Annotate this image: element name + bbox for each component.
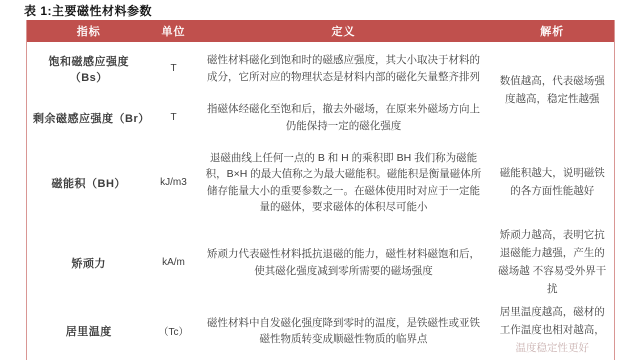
analysis-cell-merged: 数值越高，代表磁场强度越高，稳定性越强 (491, 42, 615, 140)
report-page: 表 1:主要磁性材料参数 指标 单位 定义 解析 饱和磁感应强度（Bs） T 磁… (0, 0, 640, 360)
indicator-cell: 磁能积（BH） (27, 140, 151, 225)
table-row-curie: 居里温度 （Tc） 磁性材料中自发磁化强度降到零时的温度，是铁磁性或亚铁磁性物质… (27, 300, 615, 360)
table-row-bs: 饱和磁感应强度（Bs） T 磁性材料磁化到饱和时的磁感应强度，其大小取决于材料的… (27, 42, 615, 95)
unit-cell: T (151, 95, 197, 140)
analysis-text: 居里温度越高，磁材的工作温度也相对越高， (500, 306, 605, 336)
unit-cell: （Tc） (151, 300, 197, 360)
definition-cell: 磁性材料磁化到饱和时的磁感应强度，其大小取决于材料的成分，它所对应的物理状态是材… (197, 42, 491, 95)
analysis-cell: 矫顽力越高，表明它抗退磁能力越强，产生的磁场越 不容易受外界干扰 (491, 225, 615, 300)
table-row-coercivity: 矫顽力 kA/m 矫顽力代表磁性材料抵抗退磁的能力，磁性材料磁饱和后，使其磁化强… (27, 225, 615, 300)
header-row: 指标 单位 定义 解析 (27, 20, 615, 42)
indicator-cell: 剩余磁感应强度（Br） (27, 95, 151, 140)
parameters-table: 指标 单位 定义 解析 饱和磁感应强度（Bs） T 磁性材料磁化到饱和时的磁感应… (26, 20, 615, 360)
unit-cell: T (151, 42, 197, 95)
col-header-definition: 定义 (197, 20, 491, 42)
page-title: 表 1:主要磁性材料参数 (24, 2, 152, 19)
indicator-cell: 饱和磁感应强度（Bs） (27, 42, 151, 95)
table-row-bh: 磁能积（BH） kJ/m3 退磁曲线上任何一点的 B 和 H 的乘积即 BH 我… (27, 140, 615, 225)
analysis-cell: 居里温度越高，磁材的工作温度也相对越高，温度稳定性更好 (491, 300, 615, 360)
definition-cell: 退磁曲线上任何一点的 B 和 H 的乘积即 BH 我们称为磁能积，B×H 的最大… (197, 140, 491, 225)
indicator-cell: 矫顽力 (27, 225, 151, 300)
analysis-cell: 磁能积越大，说明磁铁的各方面性能越好 (491, 140, 615, 225)
unit-cell: kA/m (151, 225, 197, 300)
faded-analysis-text: 温度稳定性更好 (516, 342, 590, 354)
col-header-analysis: 解析 (491, 20, 615, 42)
unit-cell: kJ/m3 (151, 140, 197, 225)
col-header-unit: 单位 (151, 20, 197, 42)
indicator-cell: 居里温度 (27, 300, 151, 360)
definition-cell: 指磁体经磁化至饱和后，撤去外磁场，在原来外磁场方向上仍能保持一定的磁化强度 (197, 95, 491, 140)
col-header-indicator: 指标 (27, 20, 151, 42)
definition-cell: 磁性材料中自发磁化强度降到零时的温度，是铁磁性或亚铁磁性物质转变成顺磁性物质的临… (197, 300, 491, 360)
definition-cell: 矫顽力代表磁性材料抵抗退磁的能力，磁性材料磁饱和后，使其磁化强度减到零所需要的磁… (197, 225, 491, 300)
